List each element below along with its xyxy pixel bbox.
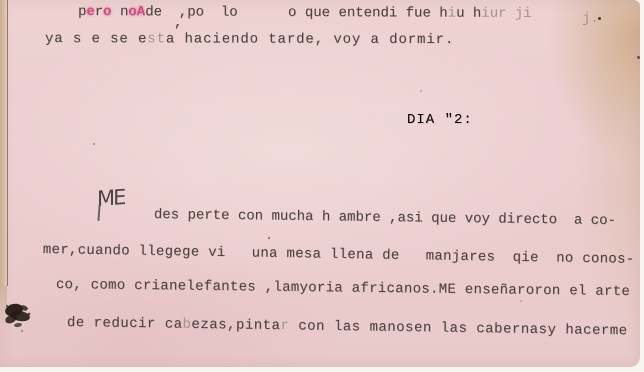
ink-blot-mark [2,296,36,340]
paragraph-line-2: mer,cuando llegege vi una mesa llena de … [43,241,635,269]
stray-comma-mark: , [174,14,182,32]
handwritten-me-note: ME [97,185,124,211]
paper-speck [93,143,95,145]
typed-line-2: ya s e se esta haciendo tarde, voy a dor… [45,30,454,49]
paragraph-line-3: co, como crianelefantes ,lamyoria africa… [56,276,630,301]
pink-paper-page: pero noAde ,po lo o que entendi fue hiu … [0,0,640,367]
paper-speck [268,237,270,239]
paper-speck [520,300,522,302]
paper-speck [637,56,640,59]
document-photo: pero noAde ,po lo o que entendi fue hiu … [0,0,644,372]
paragraph-line-4: de reducir cabezas,pintar con las manose… [67,314,628,340]
paper-speck [420,90,422,92]
typed-line-1: pero noAde ,po lo o que entendi fue hiu … [78,3,532,23]
day-heading: DIA "2: [407,111,473,129]
paper-left-edge [0,0,8,286]
faded-character-mark: j. [582,10,599,28]
paragraph-line-1: des perte con mucha h ambre ,asi que voy… [154,206,616,230]
